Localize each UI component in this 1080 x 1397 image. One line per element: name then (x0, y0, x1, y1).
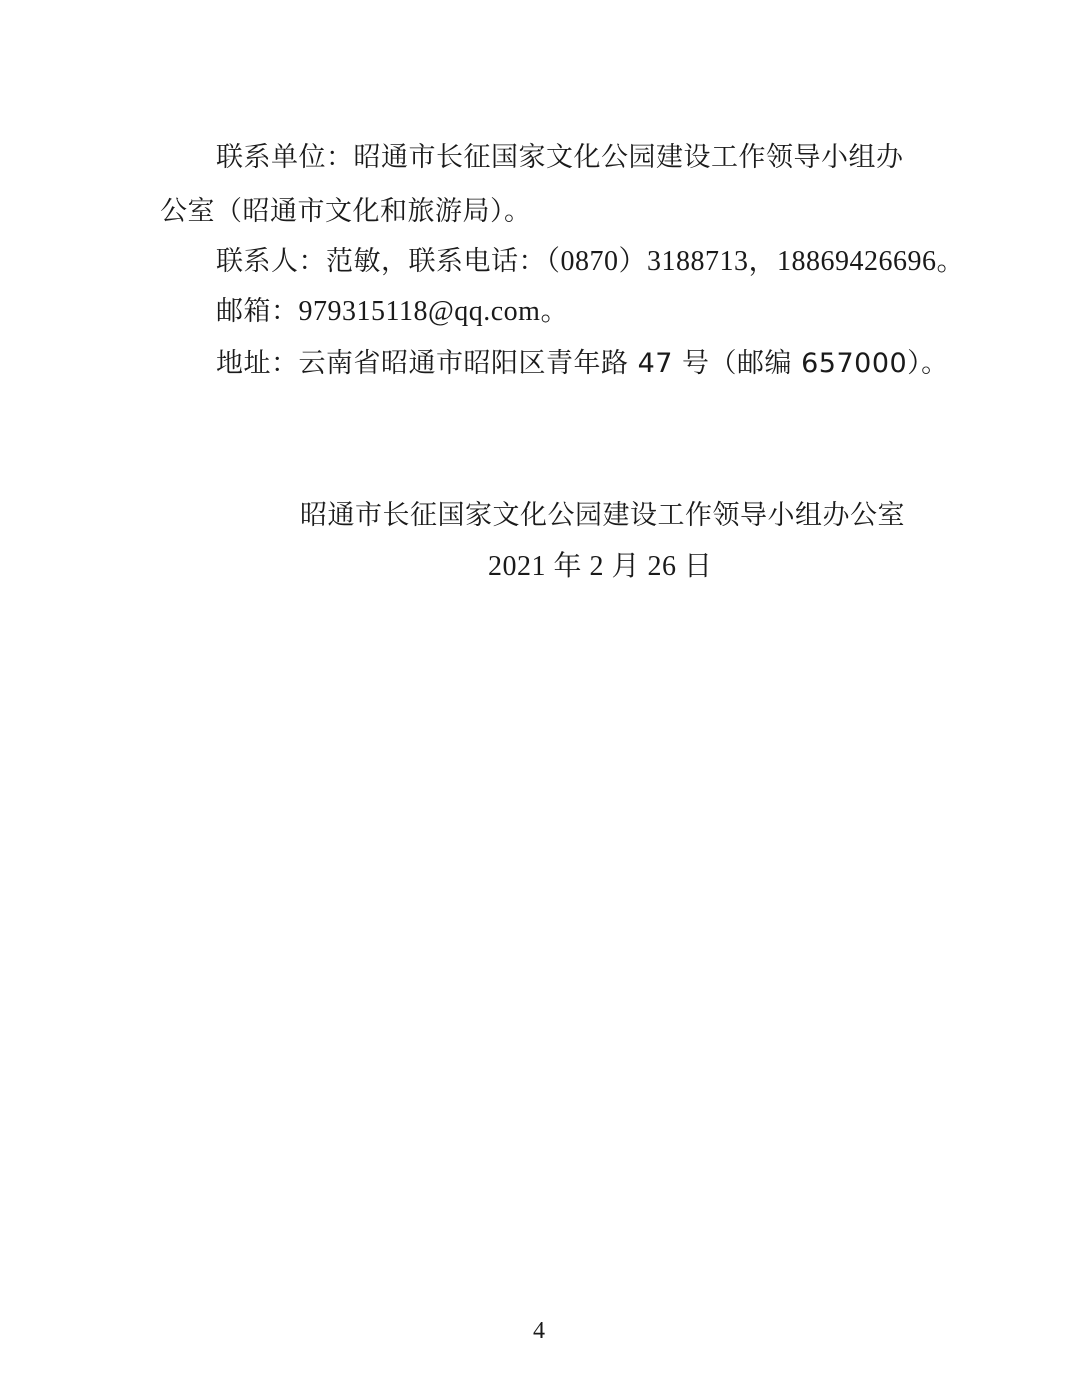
signature-organization: 昭通市长征国家文化公园建设工作领导小组办公室 (300, 500, 905, 532)
phone-label: 联系电话： (409, 246, 547, 277)
contact-unit-line-1: 联系单位：昭通市长征国家文化公园建设工作领导小组办 (216, 142, 904, 174)
address-value: 云南省昭通市昭阳区青年路 47 号（邮编 657000）。 (299, 348, 949, 379)
contact-unit-value: 昭通市长征国家文化公园建设工作领导小组办 (354, 142, 904, 173)
page-number: 4 (533, 1315, 546, 1347)
contact-person-line: 联系人：范敏，联系电话：（0870）3188713，18869426696。 (216, 246, 965, 278)
phone-value: （0870）3188713，18869426696。 (546, 246, 965, 277)
contact-unit-line-2: 公室（昭通市文化和旅游局）。 (160, 196, 532, 228)
contact-person-label: 联系人： (216, 246, 326, 277)
email-line: 邮箱：979315118@qq.com。 (216, 296, 569, 328)
address-label: 地址： (216, 348, 299, 379)
address-line: 地址：云南省昭通市昭阳区青年路 47 号（邮编 657000）。 (216, 348, 949, 380)
email-label: 邮箱： (216, 296, 299, 327)
contact-unit-label: 联系单位： (216, 142, 354, 173)
signature-date: 2021 年 2 月 26 日 (488, 551, 713, 583)
email-value: 979315118@qq.com。 (299, 296, 569, 327)
contact-person-value: 范敏， (326, 246, 409, 277)
